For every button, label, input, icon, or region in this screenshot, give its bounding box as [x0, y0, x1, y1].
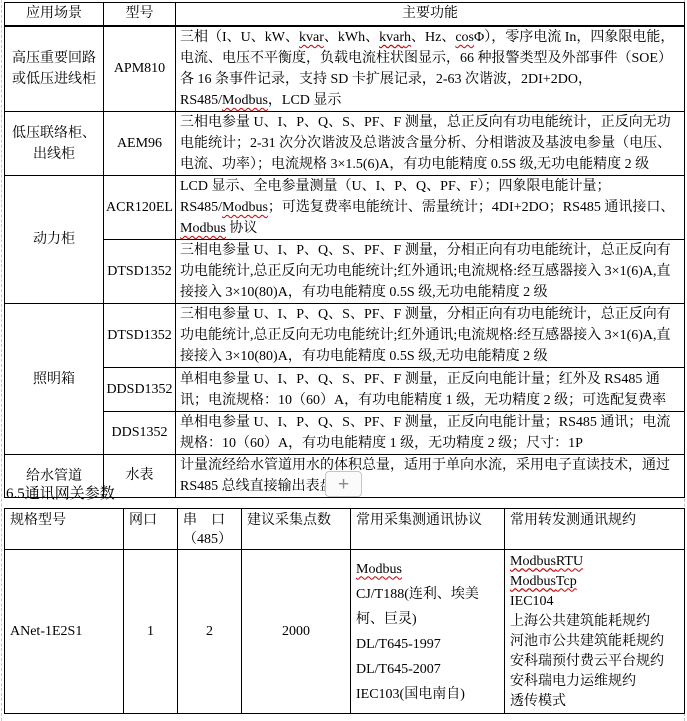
collect-protocols-cell: Modbus CJ/T188(连利、埃美柯、巨灵) DL/T645-1997 D…: [351, 550, 505, 714]
gateway-params-table: 规格型号 网口 串 口 （485） 建议采集点数 常用采集测通讯协议 常用转发测…: [4, 508, 685, 714]
serial-port-cell: 2: [178, 550, 242, 714]
table-header-row: 应用场景 型号 主要功能: [5, 3, 685, 27]
table-row: DDSD1352 单相电参量 U、I、P、Q、S、PF、F 测量，正反向电能计量…: [5, 368, 685, 412]
functions-cell: 计量流经给水管道用水的体积总量，适用于单向水流，采用电子直读技术，通过 RS48…: [176, 455, 685, 498]
model-cell: ACR120EL: [104, 176, 176, 240]
table-row: ANet-1E2S1 1 2 2000 Modbus CJ/T188(连利、埃美…: [5, 550, 685, 714]
scenario-cell: 高压重要回路或低压进线柜: [5, 26, 104, 112]
header-collect-points: 建议采集点数: [242, 509, 351, 550]
header-functions: 主要功能: [176, 3, 685, 27]
functions-cell: LCD 显示、全电参量测量（U、I、P、Q、PF、F）；四象限电能计量；RS48…: [176, 176, 685, 240]
model-cell: DTSD1352: [104, 240, 176, 304]
table-row: 低压联络柜、出线柜 AEM96 三相电参量 U、I、P、Q、S、PF、F 测量，…: [5, 112, 685, 176]
model-cell: DDSD1352: [104, 368, 176, 412]
functions-cell: 三相电参量 U、I、P、Q、S、PF、F 测量，分相正向有功电能统计，总正反向有…: [176, 304, 685, 368]
expand-button[interactable]: +: [325, 471, 362, 497]
eth-port-cell: 1: [124, 550, 178, 714]
table-header-row: 规格型号 网口 串 口 （485） 建议采集点数 常用采集测通讯协议 常用转发测…: [5, 509, 685, 550]
table-row: DDS1352 单相电参量 U、I、P、Q、S、PF、F 测量，正反向电能计量；…: [5, 412, 685, 455]
functions-cell: 单相电参量 U、I、P、Q、S、PF、F 测量，正反向电能计量；RS485 通讯…: [176, 412, 685, 455]
header-scenario: 应用场景: [5, 3, 104, 27]
header-spec-model: 规格型号: [5, 509, 124, 550]
gateway-model-cell: ANet-1E2S1: [5, 550, 124, 714]
model-cell: DDS1352: [104, 412, 176, 455]
table-row: DTSD1352 三相电参量 U、I、P、Q、S、PF、F 测量，分相正向有功电…: [5, 240, 685, 304]
table-row: 动力柜 ACR120EL LCD 显示、全电参量测量（U、I、P、Q、PF、F）…: [5, 176, 685, 240]
functions-cell: 三相电参量 U、I、P、Q、S、PF、F 测量，总正反向有功电能统计，正反向无功…: [176, 112, 685, 176]
header-model: 型号: [104, 3, 176, 27]
table-row: 高压重要回路或低压进线柜 APM810 三相（I、U、kW、kvar、kWh、k…: [5, 26, 685, 112]
model-cell: APM810: [104, 26, 176, 112]
functions-cell: 三相（I、U、kW、kvar、kWh、kvarh、Hz、cosΦ），零序电流 I…: [176, 26, 685, 112]
functions-cell: 单相电参量 U、I、P、Q、S、PF、F 测量，正反向电能计量；红外及 RS48…: [176, 368, 685, 412]
scenario-cell: 低压联络柜、出线柜: [5, 112, 104, 176]
header-forward-protocols: 常用转发测通讯规约: [505, 509, 685, 550]
page-boundary-left-line: [1, 0, 2, 721]
forward-protocols-cell: ModbusRTU ModbusTcp IEC104 上海公共建筑能耗规约 河池…: [505, 550, 685, 714]
table-row: 照明箱 DTSD1352 三相电参量 U、I、P、Q、S、PF、F 测量，分相正…: [5, 304, 685, 368]
header-serial-port: 串 口 （485）: [178, 509, 242, 550]
functions-cell: 三相电参量 U、I、P、Q、S、PF、F 测量，分相正向有功电能统计，总正反向有…: [176, 240, 685, 304]
header-collect-protocols: 常用采集测通讯协议: [351, 509, 505, 550]
model-cell: AEM96: [104, 112, 176, 176]
product-spec-table: 应用场景 型号 主要功能 高压重要回路或低压进线柜 APM810 三相（I、U、…: [4, 2, 685, 498]
collect-points-cell: 2000: [242, 550, 351, 714]
scenario-cell: 照明箱: [5, 304, 104, 455]
section-title: 6.5通讯网关参数: [6, 485, 115, 504]
scenario-cell: 动力柜: [5, 176, 104, 304]
header-eth-port: 网口: [124, 509, 178, 550]
document-page: 应用场景 型号 主要功能 高压重要回路或低压进线柜 APM810 三相（I、U、…: [0, 0, 687, 721]
model-cell: DTSD1352: [104, 304, 176, 368]
